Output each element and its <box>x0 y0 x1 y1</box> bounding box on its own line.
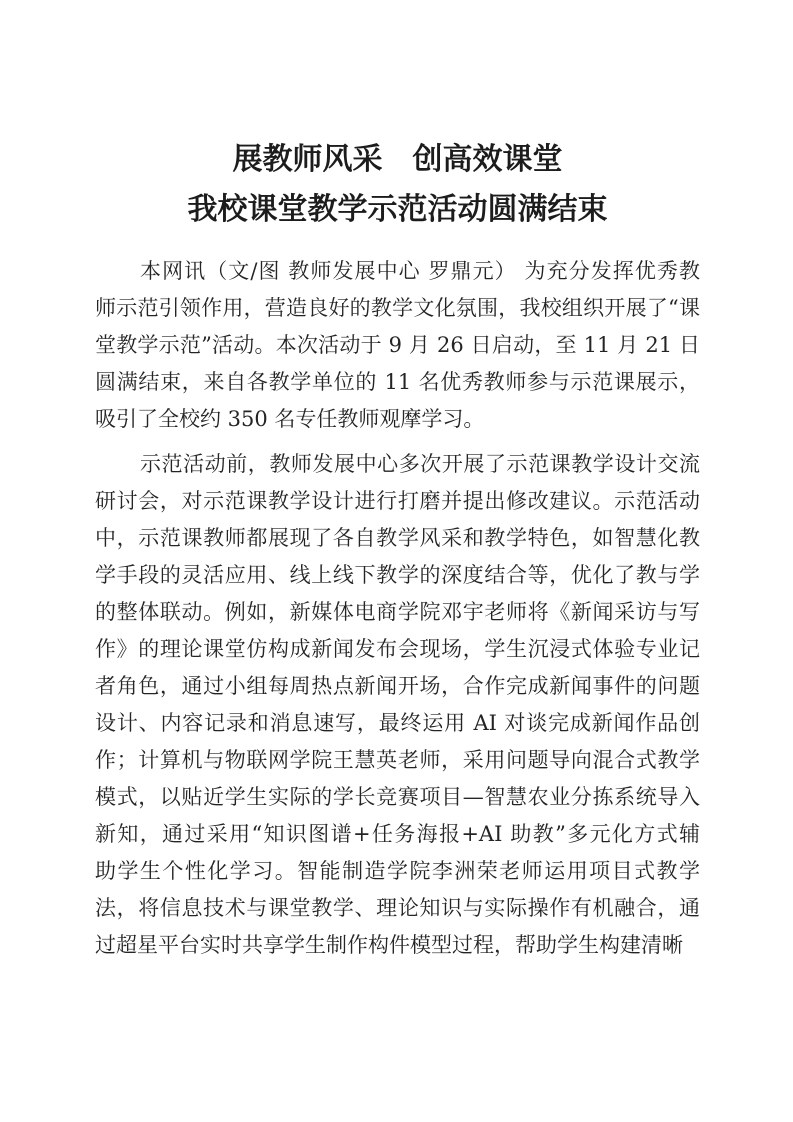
text-line: 中，示范课教师都展现了各自教学风采和教学特色，如智慧化教 <box>95 520 700 557</box>
document-page: 展教师风采 创高效课堂 我校课堂教学示范活动圆满结束 本网讯（文/图 教师发展中… <box>0 0 793 1122</box>
document-body: 本网讯（文/图 教师发展中心 罗鼎元） 为充分发挥优秀教 师示范引领作用，营造良… <box>95 253 700 964</box>
text-line: 研讨会，对示范课教学设计进行打磨并提出修改建议。示范活动 <box>95 483 700 520</box>
document-title-line2: 我校课堂教学示范活动圆满结束 <box>95 190 700 230</box>
text-line: 吸引了全校约 350 名专任教师观摩学习。 <box>95 401 700 438</box>
text-line: 学手段的灵活应用、线上线下教学的深度结合等，优化了教与学 <box>95 557 700 594</box>
text-line: 助学生个性化学习。智能制造学院李洲荣老师运用项目式教学 <box>95 853 700 890</box>
text-line: 者角色，通过小组每周热点新闻开场，合作完成新闻事件的问题 <box>95 668 700 705</box>
document-content: 展教师风采 创高效课堂 我校课堂教学示范活动圆满结束 本网讯（文/图 教师发展中… <box>95 141 700 964</box>
text-line: 师示范引领作用，营造良好的教学文化氛围，我校组织开展了“课 <box>95 290 700 327</box>
text-line: 新知，通过采用“知识图谱+任务海报+AI 助教”多元化方式辅 <box>95 816 700 853</box>
paragraph-1: 本网讯（文/图 教师发展中心 罗鼎元） 为充分发挥优秀教 师示范引领作用，营造良… <box>95 253 700 438</box>
text-line: 作》的理论课堂仿构成新闻发布会现场，学生沉浸式体验专业记 <box>95 631 700 668</box>
text-line: 模式，以贴近学生实际的学长竞赛项目—智慧农业分拣系统导入 <box>95 779 700 816</box>
text-line: 法，将信息技术与课堂教学、理论知识与实际操作有机融合，通 <box>95 890 700 927</box>
text-line: 示范活动前，教师发展中心多次开展了示范课教学设计交流 <box>95 446 700 483</box>
text-line: 过超星平台实时共享学生制作构件模型过程，帮助学生构建清晰 <box>95 927 700 964</box>
text-line: 作；计算机与物联网学院王慧英老师，采用问题导向混合式教学 <box>95 742 700 779</box>
text-line: 堂教学示范”活动。本次活动于 9 月 26 日启动，至 11 月 21 日 <box>95 327 700 364</box>
text-line: 设计、内容记录和消息速写，最终运用 AI 对谈完成新闻作品创 <box>95 705 700 742</box>
paragraph-2: 示范活动前，教师发展中心多次开展了示范课教学设计交流 研讨会，对示范课教学设计进… <box>95 446 700 964</box>
text-line: 圆满结束，来自各教学单位的 11 名优秀教师参与示范课展示， <box>95 364 700 401</box>
text-line: 的整体联动。例如，新媒体电商学院邓宇老师将《新闻采访与写 <box>95 594 700 631</box>
document-title-line1: 展教师风采 创高效课堂 <box>95 141 700 179</box>
text-line: 本网讯（文/图 教师发展中心 罗鼎元） 为充分发挥优秀教 <box>95 253 700 290</box>
